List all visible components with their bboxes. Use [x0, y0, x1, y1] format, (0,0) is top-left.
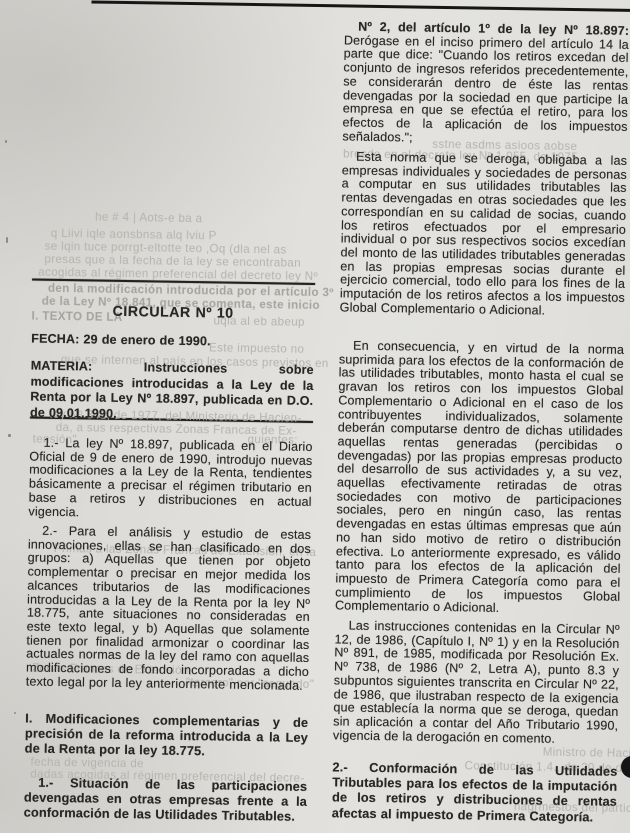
- left-paragraph-1: 1.- La ley Nº 18.897, publicada en el Di…: [28, 437, 312, 524]
- subsection-heading-1: 1.- Situación de las participaciones dev…: [24, 774, 308, 824]
- right-paragraph-1: Nº 2, del artículo 1º de la ley Nº 18.89…: [342, 20, 629, 148]
- page-content-layer: he # 4 | Aots-e ba a q Liivi iqle aonsbn…: [0, 0, 630, 833]
- fecha-line: FECHA: 29 de enero de 1990.: [31, 333, 314, 351]
- bleed-through-text: Ministro de Hacienda: [543, 746, 630, 761]
- right-paragraph-2: Esta norma que se deroga, obligaba a las…: [340, 150, 628, 319]
- scan-speck: [14, 712, 16, 714]
- scan-speck: [6, 237, 8, 243]
- scanned-document-page: he # 4 | Aots-e ba a q Liivi iqle aonsbn…: [0, 0, 630, 833]
- bleed-through-text: he # 4 | Aots-e ba a: [95, 211, 203, 226]
- materia-paragraph: MATERIA: Instrucciones sobre modificacio…: [30, 359, 314, 426]
- section-heading-2: 2.- Conformación de las Utilidades Tribu…: [332, 759, 618, 824]
- scan-speck: [8, 434, 11, 437]
- right-paragraph-3: En consecuencia, y en virtud de la norma…: [335, 339, 624, 618]
- scan-speck: [5, 140, 7, 143]
- page-top-edge-line: [91, 0, 630, 12]
- right-paragraph-4: Las instrucciones contenidas en la Circu…: [333, 619, 620, 747]
- left-paragraph-2: 2.- Para el análisis y estudio de estas …: [26, 525, 312, 694]
- section-heading-I: I. Modificaciones complementarias y de p…: [25, 710, 309, 760]
- right-paragraph-1-body: Derógase en el inciso primero del artícu…: [342, 33, 629, 144]
